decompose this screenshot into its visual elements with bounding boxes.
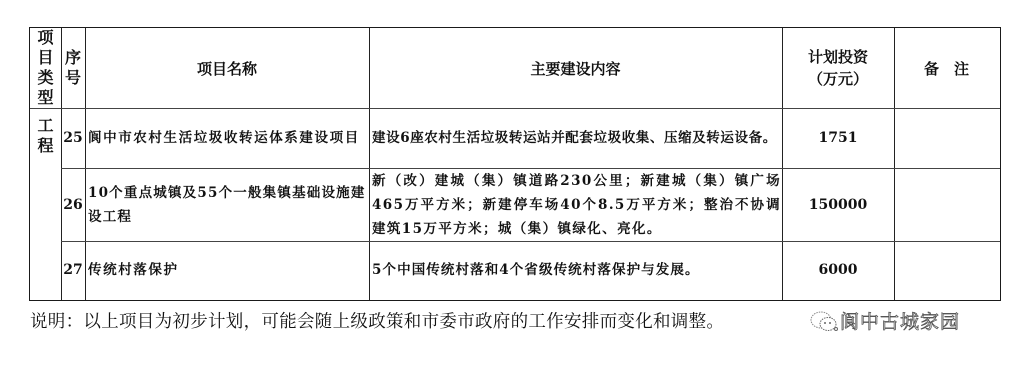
row-26-content: 新（改）建城（集）镇道路230公里；新建城（集）镇广场465万平方米；新建停车场… [372,168,781,241]
header-label: 项目类型 [38,28,54,108]
investment-value: 150000 [809,197,867,213]
header-remark: 备 注 [894,28,999,108]
row-27-investment: 6000 [782,241,894,299]
row-26-remark [894,168,999,241]
header-project-name: 项目名称 [85,28,369,108]
investment-value: 6000 [819,262,858,278]
watermark: 阆中古城家园 [810,307,960,334]
investment-value: 1751 [819,130,858,146]
row-25-content: 建设6座农村生活垃圾转运站并配套垃圾收集、压缩及转运设备。 [372,108,780,168]
category-label: 工程 [38,116,54,156]
row-25-investment: 1751 [782,108,894,168]
row-25-name: 阆中市农村生活垃圾收转运体系建设项目 [88,108,368,168]
seq-number: 27 [63,262,82,278]
row-27-name: 传统村落保护 [88,241,368,299]
project-content: 建设6座农村生活垃圾转运站并配套垃圾收集、压缩及转运设备。 [372,126,777,150]
header-label-unit: （万元） [808,68,868,90]
project-content: 新（改）建城（集）镇道路230公里；新建城（集）镇广场465万平方米；新建停车场… [372,169,781,241]
row-27-content: 5个中国传统村落和4个省级传统村落保护与发展。 [372,241,780,299]
seq-number: 26 [63,197,82,213]
header-project-type: 项目类型 [30,28,61,108]
header-label: 序号 [65,48,81,88]
row-26-name: 10个重点城镇及55个一般集镇基础设施建设工程 [88,168,369,241]
project-name: 10个重点城镇及55个一般集镇基础设施建设工程 [88,181,369,229]
seq-number: 25 [63,130,82,146]
project-name: 传统村落保护 [88,258,179,282]
header-main-content: 主要建设内容 [369,28,782,108]
project-content: 5个中国传统村落和4个省级传统村落保护与发展。 [372,258,700,282]
wechat-icon [810,311,836,331]
header-label: 项目名称 [197,58,257,79]
project-table: 项目类型 序号 项目名称 主要建设内容 计划投资 （万元） 备 注 工程 25 … [29,27,1001,301]
header-investment: 计划投资 （万元） [782,28,894,108]
header-seq: 序号 [61,28,85,108]
row-27-seq: 27 [61,241,85,299]
row-26-investment: 150000 [782,168,894,241]
row-27-remark [894,241,999,299]
footer-note-text: 说明：以上项目为初步计划，可能会随上级政策和市委市政府的工作安排而变化和调整。 [30,312,724,332]
watermark-text: 阆中古城家园 [840,307,960,334]
category-cell: 工程 [30,108,61,163]
row-25-remark [894,108,999,168]
row-25-seq: 25 [61,108,85,168]
project-name: 阆中市农村生活垃圾收转运体系建设项目 [88,126,360,150]
row-26-seq: 26 [61,168,85,241]
footer-note: 说明：以上项目为初步计划，可能会随上级政策和市委市政府的工作安排而变化和调整。 [30,308,724,333]
header-label: 备 注 [924,58,969,79]
header-label: 计划投资 [808,46,868,68]
header-label: 主要建设内容 [530,58,620,79]
